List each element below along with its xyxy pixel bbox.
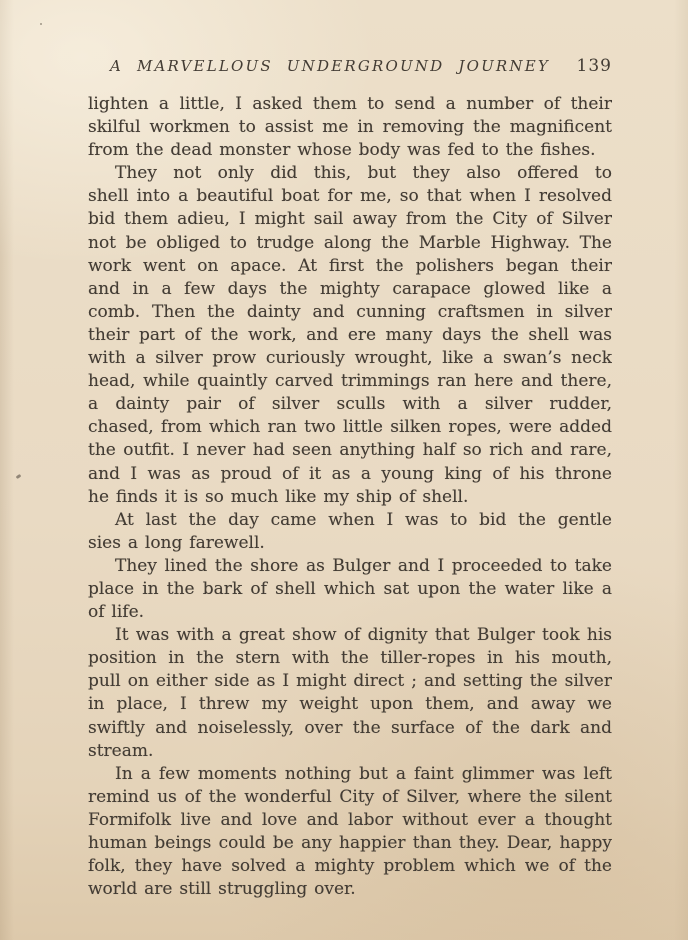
text-line: folk, they have solved a mighty problem … bbox=[88, 855, 612, 878]
text-line: he finds it is so much like my ship of s… bbox=[88, 486, 612, 509]
text-line: of life. bbox=[88, 601, 612, 624]
text-line: with a silver prow curiously wrought, li… bbox=[88, 347, 612, 370]
text-line: At last the day came when I was to bid t… bbox=[88, 509, 612, 532]
text-line: not be obliged to trudge along the Marbl… bbox=[88, 232, 612, 255]
text-line: human beings could be any happier than t… bbox=[88, 832, 612, 855]
text-line: world are still struggling over. bbox=[88, 878, 612, 901]
text-line: remind us of the wonderful City of Silve… bbox=[88, 786, 612, 809]
paragraph: lighten a little, I asked them to send a… bbox=[88, 93, 612, 162]
scan-speck bbox=[420, 522, 423, 525]
text-line: the outfit. I never had seen anything ha… bbox=[88, 439, 612, 462]
text-line: from the dead monster whose body was fed… bbox=[88, 139, 612, 162]
text-line: swiftly and noiselessly, over the surfac… bbox=[88, 717, 612, 740]
text-line: sies a long farewell. bbox=[88, 532, 612, 555]
text-line: lighten a little, I asked them to send a… bbox=[88, 93, 612, 116]
text-line: a dainty pair of silver sculls with a si… bbox=[88, 393, 612, 416]
scan-speck bbox=[16, 474, 22, 479]
text-line: shell into a beautiful boat for me, so t… bbox=[88, 185, 612, 208]
text-line: chased, from which ran two little silken… bbox=[88, 416, 612, 439]
text-line: skilful workmen to assist me in removing… bbox=[88, 116, 612, 139]
text-line: and in a few days the mighty carapace gl… bbox=[88, 278, 612, 301]
page-number: 139 bbox=[577, 56, 612, 76]
running-header-title: A MARVELLOUS UNDERGROUND JOURNEY bbox=[88, 57, 612, 75]
text-line: It was with a great show of dignity that… bbox=[88, 624, 612, 647]
text-line: position in the stern with the tiller-ro… bbox=[88, 647, 612, 670]
running-header: A MARVELLOUS UNDERGROUND JOURNEY 139 bbox=[88, 57, 612, 79]
text-line: work went on apace. At first the polishe… bbox=[88, 255, 612, 278]
text-line: pull on either side as I might direct ; … bbox=[88, 670, 612, 693]
text-line: They not only did this, but they also of… bbox=[88, 162, 612, 185]
text-line: place in the bark of shell which sat upo… bbox=[88, 578, 612, 601]
text-line: They lined the shore as Bulger and I pro… bbox=[88, 555, 612, 578]
text-line: their part of the work, and ere many day… bbox=[88, 324, 612, 347]
text-block: lighten a little, I asked them to send a… bbox=[88, 93, 612, 901]
text-line: bid them adieu, I might sail away from t… bbox=[88, 208, 612, 231]
paragraph: They not only did this, but they also of… bbox=[88, 162, 612, 508]
text-line: in place, I threw my weight upon them, a… bbox=[88, 693, 612, 716]
text-line: stream. bbox=[88, 740, 612, 763]
paragraph: At last the day came when I was to bid t… bbox=[88, 509, 612, 555]
paragraph: In a few moments nothing but a faint gli… bbox=[88, 763, 612, 902]
book-page: A MARVELLOUS UNDERGROUND JOURNEY 139 lig… bbox=[0, 0, 688, 940]
paragraph: They lined the shore as Bulger and I pro… bbox=[88, 555, 612, 624]
paragraph: It was with a great show of dignity that… bbox=[88, 624, 612, 763]
text-line: In a few moments nothing but a faint gli… bbox=[88, 763, 612, 786]
scan-speck bbox=[237, 497, 239, 499]
text-line: comb. Then the dainty and cunning crafts… bbox=[88, 301, 612, 324]
text-line: Formifolk live and love and labor withou… bbox=[88, 809, 612, 832]
text-line: head, while quaintly carved trimmings ra… bbox=[88, 370, 612, 393]
text-line: and I was as proud of it as a young king… bbox=[88, 463, 612, 486]
scan-speck bbox=[40, 23, 42, 25]
